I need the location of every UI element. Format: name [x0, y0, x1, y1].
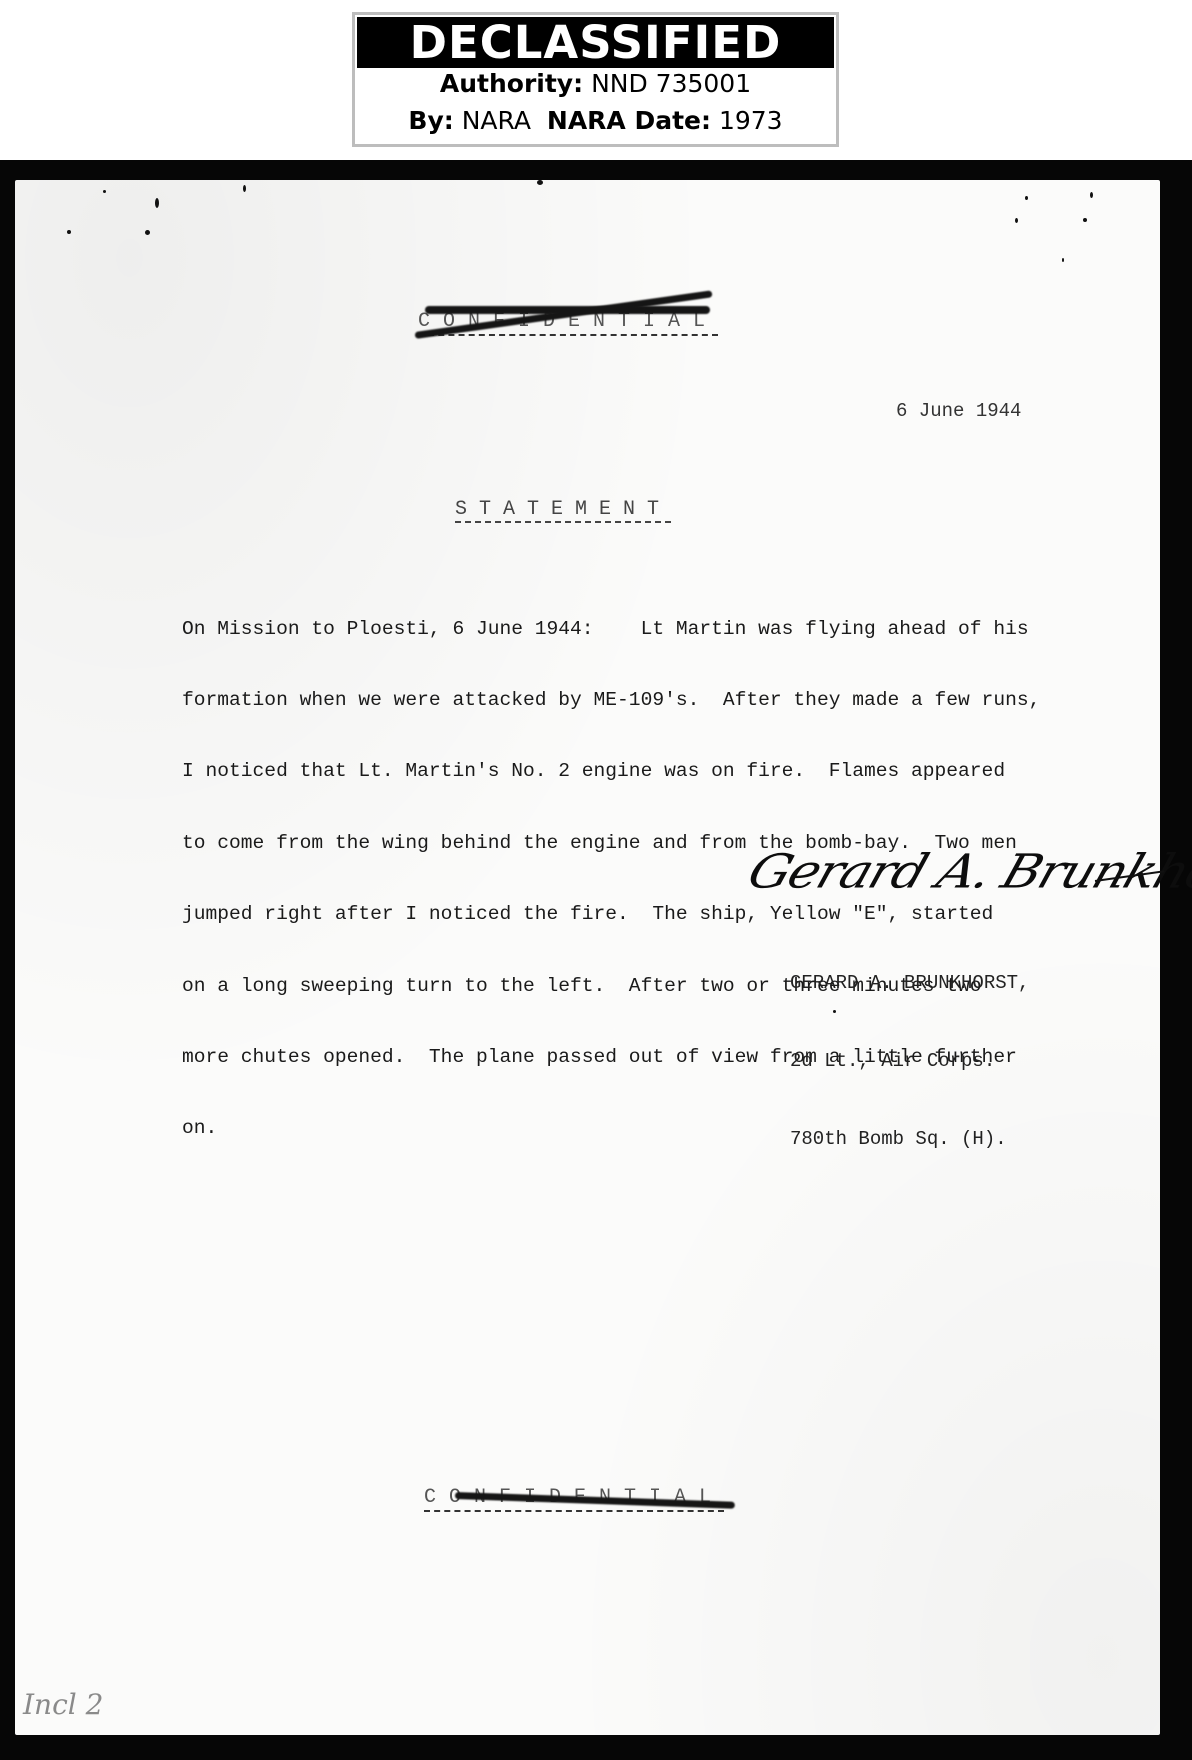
- body-line: I noticed that Lt. Martin's No. 2 engine…: [182, 760, 1040, 784]
- by-label: By:: [408, 106, 453, 135]
- declassification-banner: DECLASSIFIED Authority: NND 735001 By: N…: [352, 12, 839, 147]
- pencil-note: Incl 2: [23, 1688, 103, 1721]
- signer-rank: 2d Lt., Air Corps.: [790, 1048, 1029, 1074]
- scan-speck: [103, 190, 106, 193]
- signature-block: GERARD A. BRUNKHORST, 2d Lt., Air Corps.…: [790, 918, 1029, 1204]
- nara-date-label: NARA Date:: [547, 106, 711, 135]
- body-line: On Mission to Ploesti, 6 June 1944: Lt M…: [182, 618, 1040, 642]
- scan-speck: [155, 198, 159, 208]
- authority-value: NND 735001: [591, 69, 751, 98]
- body-line: formation when we were attacked by ME-10…: [182, 689, 1040, 713]
- signer-unit: 780th Bomb Sq. (H).: [790, 1126, 1029, 1152]
- document-date: 6 June 1944: [896, 400, 1021, 422]
- banner-by-date: By: NARA NARA Date: 1973: [355, 106, 836, 135]
- scan-speck: [1025, 196, 1028, 200]
- signer-name: GERARD A. BRUNKHORST,: [790, 970, 1029, 996]
- scan-speck: [1062, 258, 1064, 262]
- banner-title: DECLASSIFIED: [357, 17, 834, 68]
- scan-speck: [1015, 218, 1018, 223]
- scan-speck: [537, 180, 543, 185]
- nara-date-value: 1973: [719, 106, 783, 135]
- by-value: NARA: [462, 106, 531, 135]
- document-title: STATEMENT: [455, 498, 671, 523]
- handwritten-signature: Gerard A. Brunkhorst: [741, 845, 1192, 899]
- scan-speck: [67, 230, 71, 234]
- scanned-page-frame: CONFIDENTIAL 6 June 1944 STATEMENT On Mi…: [0, 160, 1192, 1760]
- banner-authority: Authority: NND 735001: [355, 69, 836, 98]
- scan-speck: [1090, 192, 1093, 198]
- authority-label: Authority:: [440, 69, 583, 98]
- document-page: CONFIDENTIAL 6 June 1944 STATEMENT On Mi…: [15, 180, 1160, 1735]
- scan-speck: [145, 230, 150, 235]
- scan-speck: [1083, 218, 1087, 222]
- scan-speck: [243, 185, 246, 192]
